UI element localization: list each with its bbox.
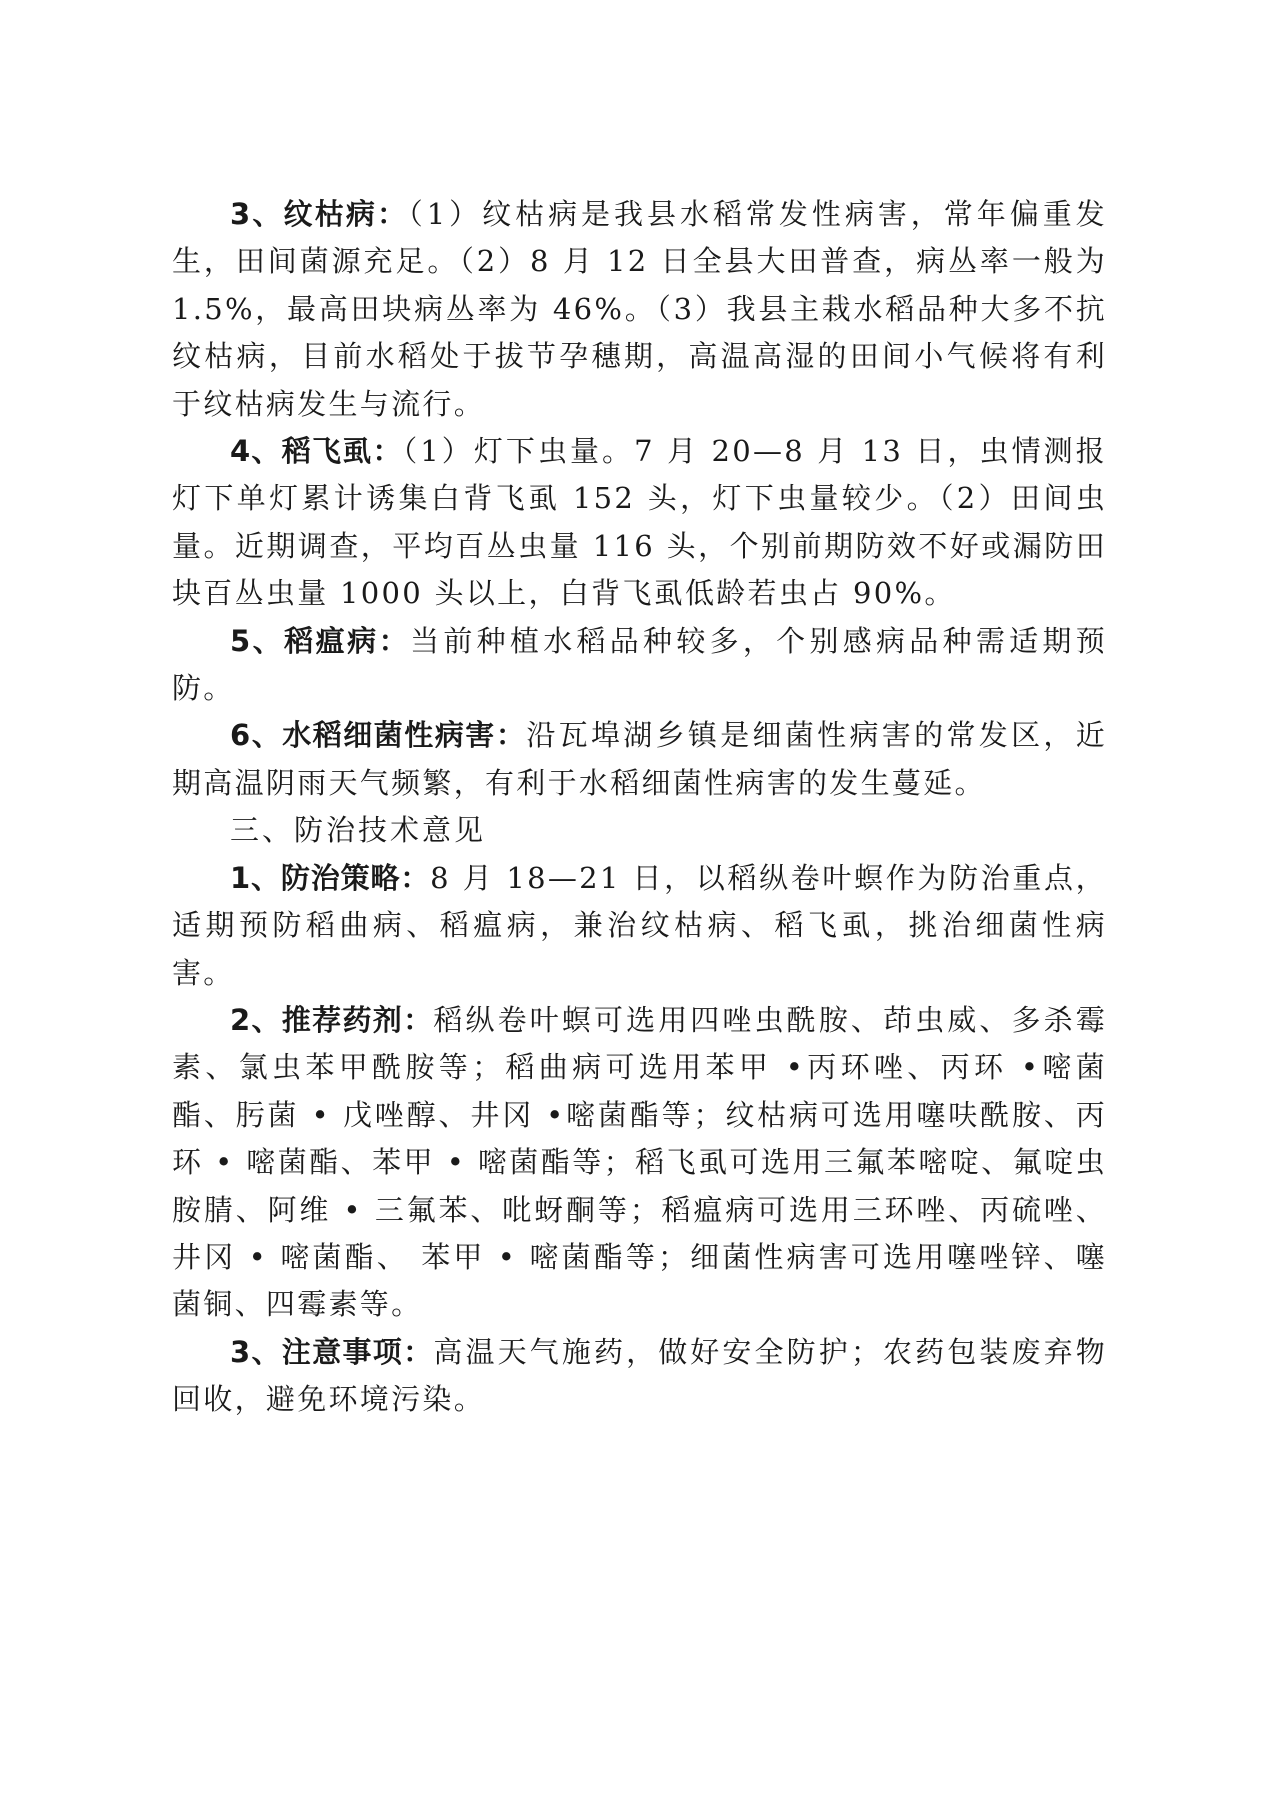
section-heading: 三、防治技术意见 [172,807,1107,854]
paragraph-sheath-blight: 3、纹枯病：（1）纹枯病是我县水稻常发性病害，常年偏重发生，田间菌源充足。（2）… [172,191,1107,428]
paragraph-recommended-pesticides: 2、推荐药剂：稻纵卷叶螟可选用四唑虫酰胺、茚虫威、多杀霉素、氯虫苯甲酰胺等；稻曲… [172,997,1107,1329]
paragraph-lead: 1、防治策略： [230,861,430,895]
paragraph-bacterial-disease: 6、水稻细菌性病害：沿瓦埠湖乡镇是细菌性病害的常发区，近期高温阴雨天气频繁，有利… [172,712,1107,807]
paragraph-lead: 4、稻飞虱： [230,434,403,468]
paragraph-body: 稻纵卷叶螟可选用四唑虫酰胺、茚虫威、多杀霉素、氯虫苯甲酰胺等；稻曲病可选用苯甲 … [172,1003,1107,1321]
paragraph-planthopper: 4、稻飞虱：（1）灯下虫量。7 月 20—8 月 13 日，虫情测报灯下单灯累计… [172,428,1107,618]
document-page: 3、纹枯病：（1）纹枯病是我县水稻常发性病害，常年偏重发生，田间菌源充足。（2）… [172,191,1107,1424]
paragraph-lead: 5、稻瘟病： [230,624,410,658]
paragraph-control-strategy: 1、防治策略：8 月 18—21 日，以稻纵卷叶螟作为防治重点，适期预防稻曲病、… [172,855,1107,997]
paragraph-precautions: 3、注意事项：高温天气施药，做好安全防护；农药包装废弃物回收，避免环境污染。 [172,1329,1107,1424]
paragraph-lead: 6、水稻细菌性病害： [230,718,526,752]
paragraph-lead: 3、纹枯病： [230,197,408,231]
paragraph-lead: 3、注意事项： [230,1335,433,1369]
paragraph-rice-blast: 5、稻瘟病：当前种植水稻品种较多，个别感病品种需适期预防。 [172,618,1107,713]
paragraph-lead: 2、推荐药剂： [230,1003,433,1037]
